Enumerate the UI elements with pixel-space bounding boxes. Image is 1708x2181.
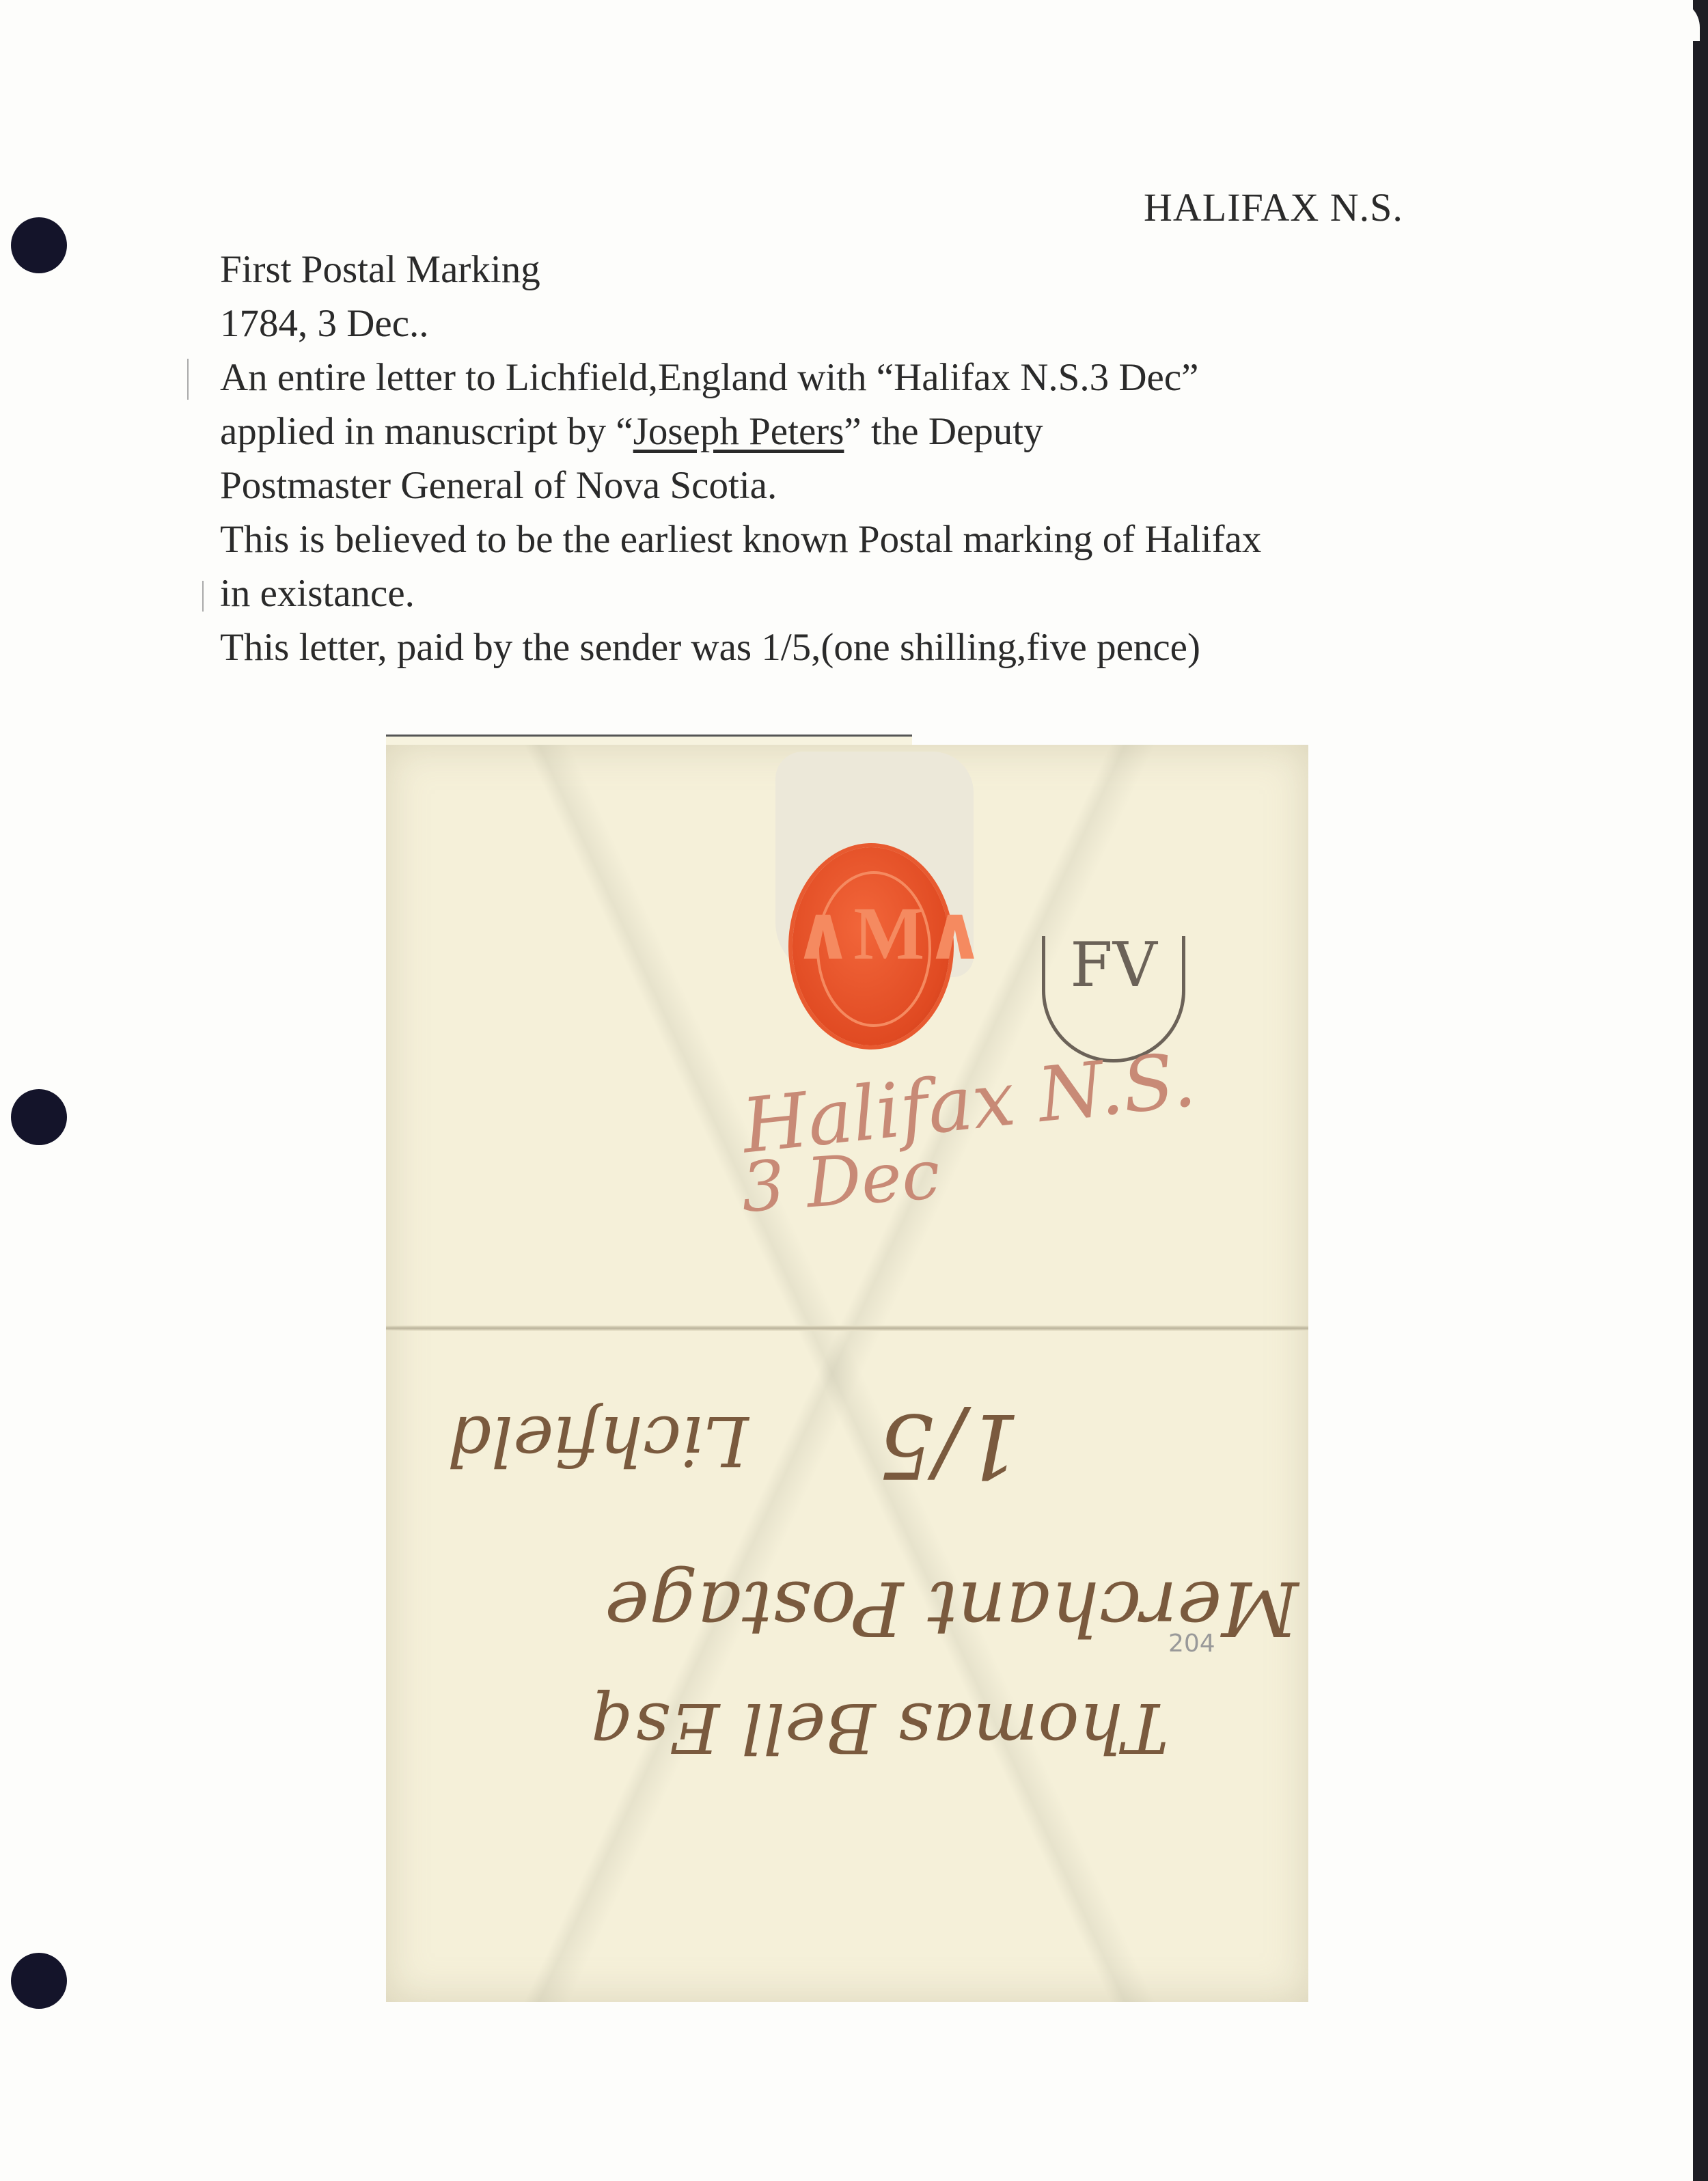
page-edge [1693, 0, 1708, 2181]
page-header: HALIFAX N.S. [1144, 184, 1403, 230]
description-line: applied in manuscript by “Joseph Peters”… [220, 404, 1518, 458]
pencil-mark [187, 359, 189, 400]
punch-hole-bottom [11, 1953, 67, 2009]
wax-seal-icon: ∧M∧ [793, 847, 950, 1045]
description-title: First Postal Marking [220, 243, 1518, 297]
punch-hole-top [11, 217, 67, 273]
manuscript-date: 3 Dec [739, 1134, 942, 1228]
description-date: 1784, 3 Dec.. [220, 297, 1518, 351]
description-line: An entire letter to Lichfield,England wi… [220, 351, 1518, 404]
letter-center-fold [386, 1326, 1308, 1331]
seal-monogram: ∧M∧ [793, 888, 950, 977]
description-block: First Postal Marking 1784, 3 Dec.. An en… [220, 243, 1518, 674]
description-text: ” the Deputy [844, 410, 1043, 453]
description-line: This letter, paid by the sender was 1/5,… [220, 620, 1518, 674]
pencil-mark [202, 581, 204, 612]
description-text: applied in manuscript by “ [220, 410, 633, 453]
letter-image: ∧M∧ FV Halifax N.S. 3 Dec Lichfield 1/5 … [386, 745, 1308, 2002]
postmark-text: FV [1045, 929, 1182, 1001]
pencil-number: 204 [1168, 1630, 1215, 1658]
address-line: Thomas Bell Esq [591, 1688, 1169, 1768]
rate-marking: 1/5 [878, 1394, 1021, 1498]
description-line: in existance. [220, 566, 1518, 620]
description-line: This is believed to be the earliest know… [220, 512, 1518, 566]
address-line: Lichfield [447, 1401, 749, 1481]
postmaster-name: Joseph Peters [633, 410, 844, 453]
description-line: Postmaster General of Nova Scotia. [220, 458, 1518, 512]
punch-hole-middle [11, 1089, 67, 1145]
